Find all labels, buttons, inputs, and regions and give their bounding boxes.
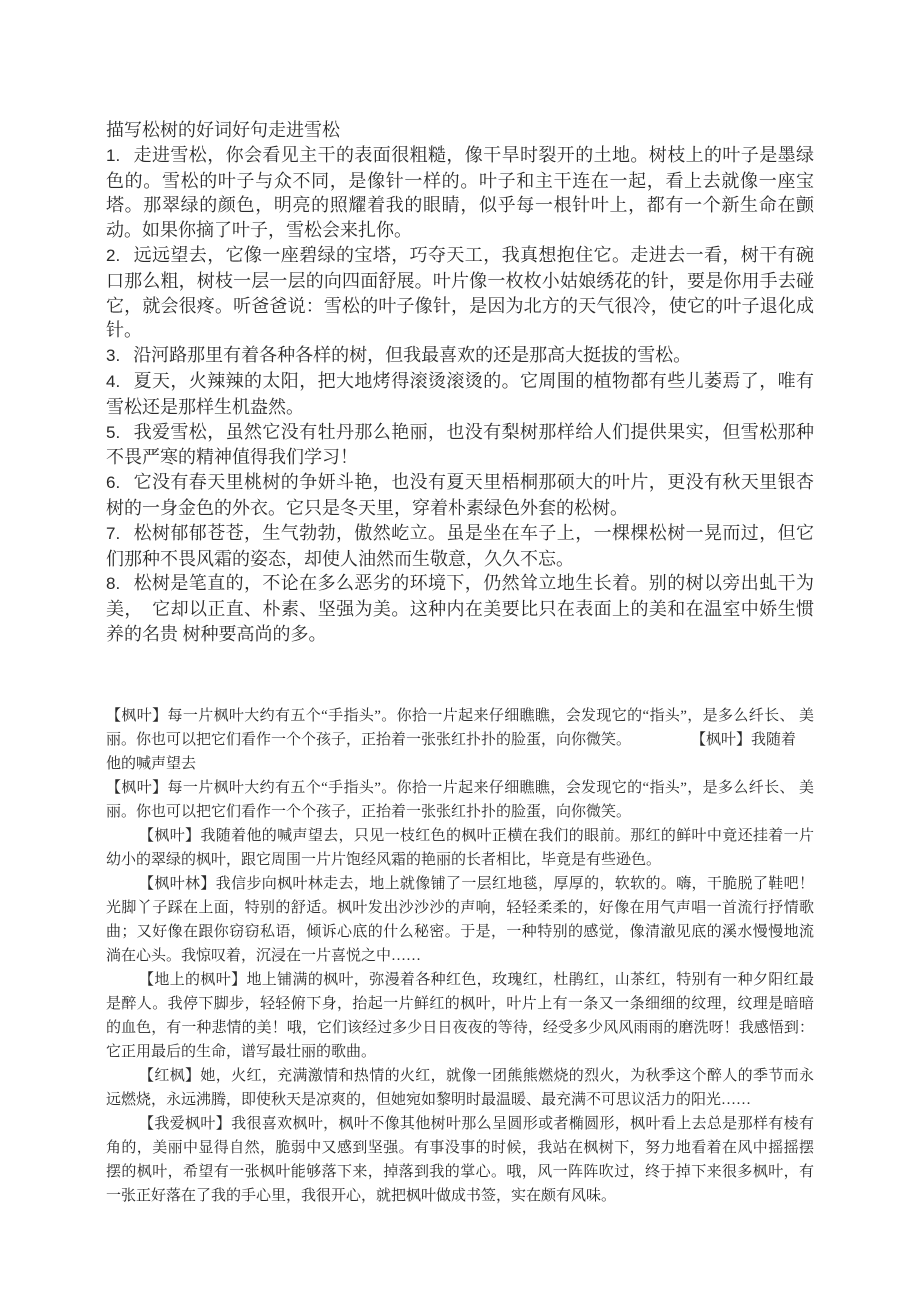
pine-item-5-text: 我爱雪松，虽然它没有牡丹那么艳丽，也没有梨树那样给人们提供果实，但雪松那种不畏严… xyxy=(106,422,814,468)
pine-item-8-text: 松树是笔直的，不论在多么恶劣的环境下，仍然耸立地生长着。别的树以旁出虬干为美， … xyxy=(106,573,814,644)
pine-item-1-text: 走进雪松，你会看见主干的表面很粗糙，像干旱时裂开的土地。树枝上的叶子是墨绿色的。… xyxy=(106,145,814,240)
pine-item-3-number: 3. xyxy=(106,346,133,365)
pine-item-5: 5.我爱雪松，虽然它没有牡丹那么艳丽，也没有梨树那样给人们提供果实，但雪松那种不… xyxy=(106,420,814,471)
pine-item-4: 4.夏天，火辣辣的太阳，把大地烤得滚烫滚烫的。它周围的植物都有些儿萎焉了，唯有雪… xyxy=(106,369,814,420)
document-content: 描写松树的好词好句走进雪松 1.走进雪松，你会看见主干的表面很粗糙，像干旱时裂开… xyxy=(106,118,814,1208)
maple-section: 【枫叶】每一片枫叶大约有五个“手指头”。你拾一片起来仔细瞧瞧，会发现它的“指头”… xyxy=(106,704,814,1208)
pine-item-8: 8.松树是笔直的，不论在多么恶劣的环境下，仍然耸立地生长着。别的树以旁出虬干为美… xyxy=(106,571,814,646)
maple-paragraph-5: 【地上的枫叶】地上铺满的枫叶，弥漫着各种红色，玫瑰红，杜鹃红，山茶红，特别有一种… xyxy=(106,968,814,1064)
pine-item-3: 3.沿河路那里有着各种各样的树，但我最喜欢的还是那高大挺拔的雪松。 xyxy=(106,343,814,369)
pine-item-7-number: 7. xyxy=(106,524,133,543)
pine-section: 描写松树的好词好句走进雪松 1.走进雪松，你会看见主干的表面很粗糙，像干旱时裂开… xyxy=(106,118,814,647)
maple-paragraph-7: 【我爱枫叶】我很喜欢枫叶，枫叶不像其他树叶那么呈圆形或者椭圆形，枫叶看上去总是那… xyxy=(106,1112,814,1208)
pine-item-5-number: 5. xyxy=(106,423,133,442)
pine-item-6-text: 它没有春天里桃树的争妍斗艳，也没有夏天里梧桐那硕大的叶片，更没有秋天里银杏树的一… xyxy=(106,472,814,518)
document-page: 描写松树的好词好句走进雪松 1.走进雪松，你会看见主干的表面很粗糙，像干旱时裂开… xyxy=(0,0,920,1302)
pine-item-6: 6.它没有春天里桃树的争妍斗艳，也没有夏天里梧桐那硕大的叶片，更没有秋天里银杏树… xyxy=(106,470,814,521)
pine-item-8-number: 8. xyxy=(106,574,133,593)
maple-paragraph-4: 【枫叶林】我信步向枫叶林走去，地上就像铺了一层红地毯，厚厚的，软软的。嗨，干脆脱… xyxy=(106,872,814,968)
pine-item-7-text: 松树郁郁苍苍，生气勃勃，傲然屹立。虽是坐在车子上，一棵棵松树一晃而过，但它们那种… xyxy=(106,523,814,569)
pine-item-3-text: 沿河路那里有着各种各样的树，但我最喜欢的还是那高大挺拔的雪松。 xyxy=(133,345,691,365)
document-title: 描写松树的好词好句走进雪松 xyxy=(106,118,814,143)
pine-item-2-number: 2. xyxy=(106,246,133,265)
pine-item-6-number: 6. xyxy=(106,473,133,492)
pine-item-1-number: 1. xyxy=(106,146,133,165)
pine-item-7: 7.松树郁郁苍苍，生气勃勃，傲然屹立。虽是坐在车子上，一棵棵松树一晃而过，但它们… xyxy=(106,521,814,572)
pine-item-2-text: 远远望去，它像一座碧绿的宝塔，巧夺天工，我真想抱住它。走进去一看，树干有碗口那么… xyxy=(106,245,814,340)
pine-item-4-text: 夏天，火辣辣的太阳，把大地烤得滚烫滚烫的。它周围的植物都有些儿萎焉了，唯有雪松还… xyxy=(106,371,814,417)
pine-item-1: 1.走进雪松，你会看见主干的表面很粗糙，像干旱时裂开的土地。树枝上的叶子是墨绿色… xyxy=(106,143,814,243)
maple-paragraph-6: 【红枫】她，火红，充满激情和热情的火红，就像一团熊熊燃烧的烈火，为秋季这个醉人的… xyxy=(106,1064,814,1112)
pine-item-4-number: 4. xyxy=(106,372,133,391)
maple-paragraph-3: 【枫叶】我随着他的喊声望去，只见一枝红色的枫叶正横在我们的眼前。那红的鲜叶中竟还… xyxy=(106,824,814,872)
maple-paragraph-1: 【枫叶】每一片枫叶大约有五个“手指头”。你拾一片起来仔细瞧瞧，会发现它的“指头”… xyxy=(106,704,814,776)
maple-paragraph-2: 【枫叶】每一片枫叶大约有五个“手指头”。你拾一片起来仔细瞧瞧，会发现它的“指头”… xyxy=(106,776,814,824)
pine-item-2: 2.远远望去，它像一座碧绿的宝塔，巧夺天工，我真想抱住它。走进去一看，树干有碗口… xyxy=(106,243,814,343)
